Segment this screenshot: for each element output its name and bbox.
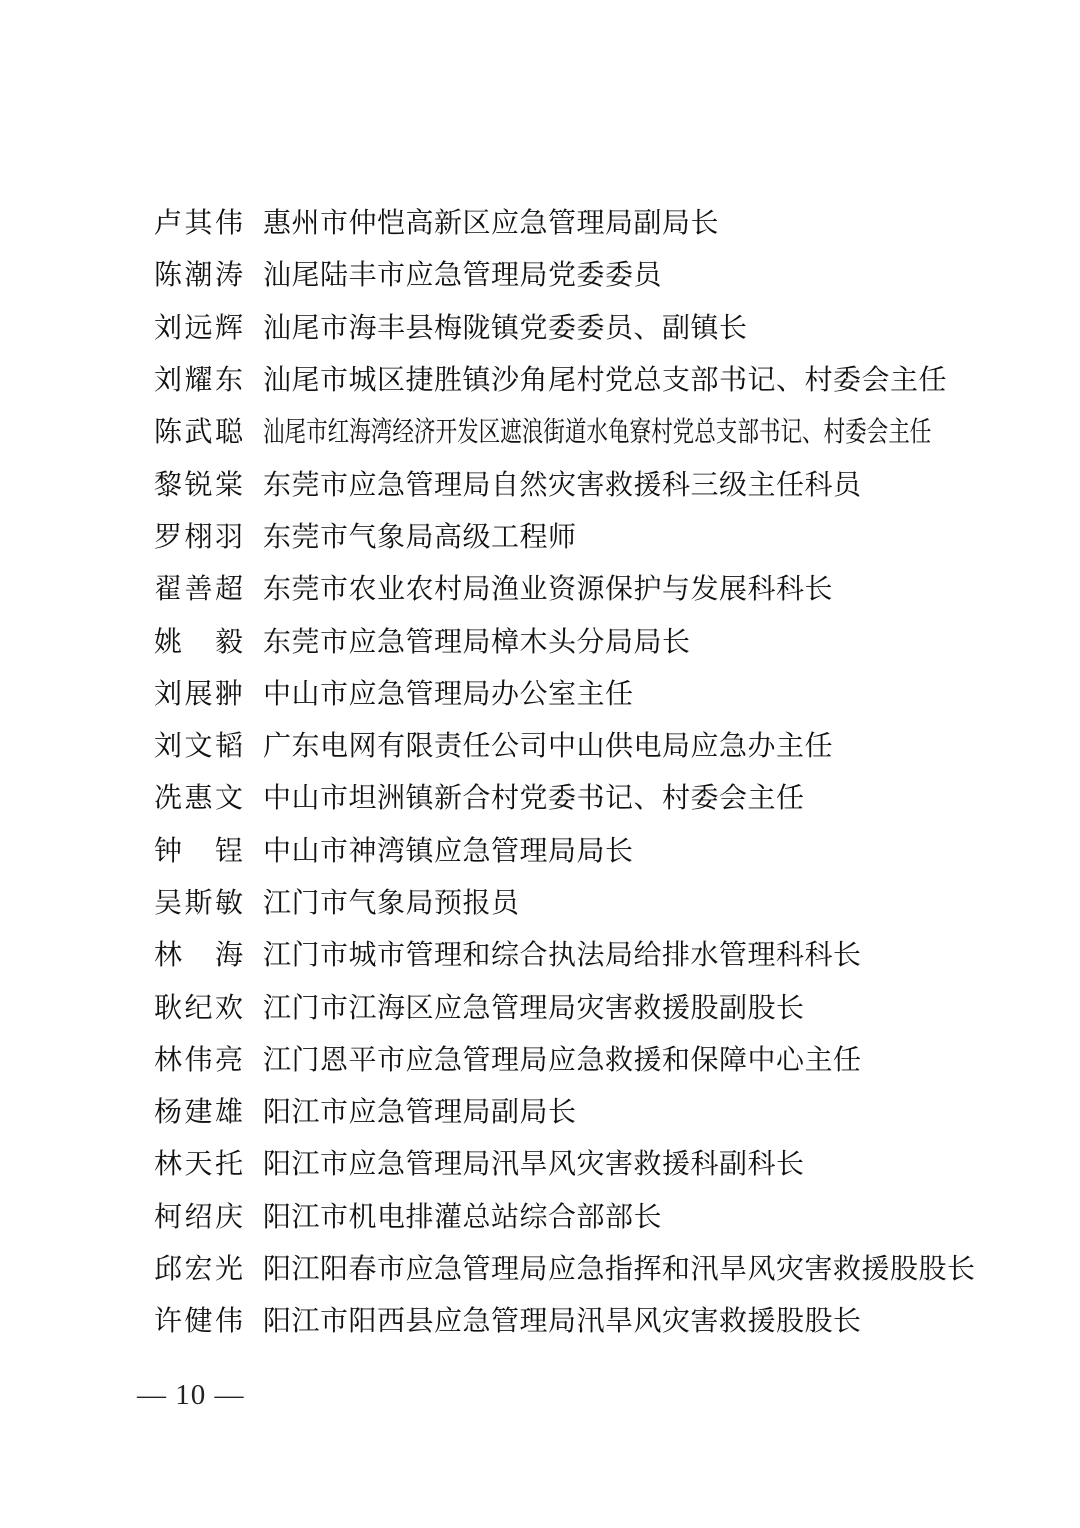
person-position: 阳江市机电排灌总站综合部部长 (263, 1204, 662, 1232)
list-item: 柯绍庆 阳江市机电排灌总站综合部部长 (154, 1192, 1034, 1244)
list-item: 翟善超 东莞市农业农村局渔业资源保护与发展科科长 (154, 564, 1034, 616)
list-item: 姚毅 东莞市应急管理局樟木头分局局长 (154, 616, 1034, 668)
person-position: 东莞市应急管理局樟木头分局局长 (263, 629, 691, 657)
list-item: 刘远辉 汕尾市海丰县梅陇镇党委委员、副镇长 (154, 303, 1034, 355)
person-position: 汕尾陆丰市应急管理局党委委员 (263, 262, 662, 290)
person-name: 陈潮涛 (154, 262, 244, 290)
person-name: 刘耀东 (154, 367, 244, 395)
list-item: 罗栩羽 东莞市气象局高级工程师 (154, 512, 1034, 564)
person-position: 中山市坦洲镇新合村党委书记、村委会主任 (263, 785, 805, 813)
list-item: 冼惠文 中山市坦洲镇新合村党委书记、村委会主任 (154, 773, 1034, 825)
person-name: 刘展翀 (154, 681, 244, 709)
list-item: 钟锃 中山市神湾镇应急管理局局长 (154, 826, 1034, 878)
person-name: 柯绍庆 (154, 1204, 244, 1232)
person-name: 邱宏光 (154, 1256, 244, 1284)
person-position: 汕尾市海丰县梅陇镇党委委员、副镇长 (263, 315, 748, 343)
list-item: 耿纪欢 江门市江海区应急管理局灾害救援股副股长 (154, 982, 1034, 1034)
page-number: — 10 — (137, 1381, 245, 1410)
list-item: 刘展翀 中山市应急管理局办公室主任 (154, 669, 1034, 721)
list-item: 林天托 阳江市应急管理局汛旱风灾害救援科副科长 (154, 1139, 1034, 1191)
document-page: 卢其伟 惠州市仲恺高新区应急管理局副局长 陈潮涛 汕尾陆丰市应急管理局党委委员 … (0, 0, 1080, 1528)
person-position: 惠州市仲恺高新区应急管理局副局长 (263, 210, 719, 238)
list-item: 刘耀东 汕尾市城区捷胜镇沙角尾村党总支部书记、村委会主任 (154, 355, 1034, 407)
person-name: 罗栩羽 (154, 524, 244, 552)
person-position: 东莞市农业农村局渔业资源保护与发展科科长 (263, 576, 833, 604)
list-item: 林海 江门市城市管理和综合执法局给排水管理科科长 (154, 930, 1034, 982)
person-name: 刘文韬 (154, 733, 244, 761)
person-name: 吴斯敏 (154, 890, 244, 918)
person-position: 汕尾市红海湾经济开发区遮浪街道水龟寮村党总支部书记、村委会主任 (263, 419, 931, 447)
person-name: 林天托 (154, 1151, 244, 1179)
person-name: 陈武聪 (154, 419, 244, 447)
person-position: 中山市应急管理局办公室主任 (263, 681, 634, 709)
person-name: 刘远辉 (154, 315, 244, 343)
person-name: 姚毅 (154, 629, 244, 657)
list-item: 陈潮涛 汕尾陆丰市应急管理局党委委员 (154, 250, 1034, 302)
person-position: 中山市神湾镇应急管理局局长 (263, 838, 634, 866)
list-item: 刘文韬 广东电网有限责任公司中山供电局应急办主任 (154, 721, 1034, 773)
person-name: 耿纪欢 (154, 995, 244, 1023)
person-position: 汕尾市城区捷胜镇沙角尾村党总支部书记、村委会主任 (263, 367, 947, 395)
person-name: 冼惠文 (154, 785, 244, 813)
person-name: 林伟亮 (154, 1047, 244, 1075)
person-position: 江门市城市管理和综合执法局给排水管理科科长 (263, 942, 862, 970)
person-position: 江门恩平市应急管理局应急救援和保障中心主任 (263, 1047, 862, 1075)
person-name: 许健伟 (154, 1308, 244, 1336)
list-item: 陈武聪 汕尾市红海湾经济开发区遮浪街道水龟寮村党总支部书记、村委会主任 (154, 407, 1034, 459)
person-name: 黎锐棠 (154, 472, 244, 500)
person-position: 江门市气象局预报员 (263, 890, 520, 918)
list-item: 杨建雄 阳江市应急管理局副局长 (154, 1087, 1034, 1139)
list-item: 吴斯敏 江门市气象局预报员 (154, 878, 1034, 930)
list-item: 黎锐棠 东莞市应急管理局自然灾害救援科三级主任科员 (154, 459, 1034, 511)
list-item: 林伟亮 江门恩平市应急管理局应急救援和保障中心主任 (154, 1035, 1034, 1087)
person-position: 阳江市应急管理局汛旱风灾害救援科副科长 (263, 1151, 805, 1179)
person-name: 林海 (154, 942, 244, 970)
person-position: 阳江阳春市应急管理局应急指挥和汛旱风灾害救援股股长 (263, 1256, 976, 1284)
person-position: 阳江市阳西县应急管理局汛旱风灾害救援股股长 (263, 1308, 862, 1336)
person-position: 东莞市应急管理局自然灾害救援科三级主任科员 (263, 472, 862, 500)
person-name: 钟锃 (154, 838, 244, 866)
person-position: 江门市江海区应急管理局灾害救援股副股长 (263, 995, 805, 1023)
person-name: 杨建雄 (154, 1099, 244, 1127)
list-item: 卢其伟 惠州市仲恺高新区应急管理局副局长 (154, 198, 1034, 250)
award-roster-list: 卢其伟 惠州市仲恺高新区应急管理局副局长 陈潮涛 汕尾陆丰市应急管理局党委委员 … (154, 198, 1034, 1349)
person-position: 广东电网有限责任公司中山供电局应急办主任 (263, 733, 833, 761)
list-item: 邱宏光 阳江阳春市应急管理局应急指挥和汛旱风灾害救援股股长 (154, 1244, 1034, 1296)
person-position: 东莞市气象局高级工程师 (263, 524, 577, 552)
person-name: 卢其伟 (154, 210, 244, 238)
person-name: 翟善超 (154, 576, 244, 604)
list-item: 许健伟 阳江市阳西县应急管理局汛旱风灾害救援股股长 (154, 1296, 1034, 1348)
person-position: 阳江市应急管理局副局长 (263, 1099, 577, 1127)
